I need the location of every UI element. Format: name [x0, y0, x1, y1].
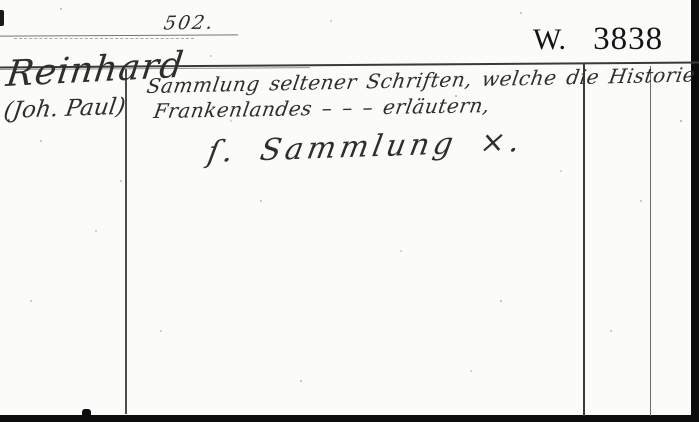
page-number-underline — [0, 34, 238, 36]
author-forenames: (Joh. Paul) — [2, 94, 127, 124]
scan-edge-mark — [0, 10, 4, 26]
column-divider-right-inner — [583, 64, 585, 416]
scan-edge-blob — [82, 409, 91, 416]
catalog-card-scan: 502. W. 3838 Reinhard (Joh. Paul) Sammlu… — [0, 0, 699, 422]
call-number: W. 3838 — [533, 21, 663, 58]
scan-noise-speckles — [0, 0, 2, 2]
call-number-letter: W. — [533, 23, 566, 57]
title-line-2: Frankenlandes – – – erläutern, — [152, 93, 492, 123]
column-divider-right-outer — [650, 66, 651, 416]
scan-edge-bottom — [0, 415, 699, 422]
column-divider-author — [125, 69, 127, 414]
page-number: 502. — [162, 12, 216, 35]
cross-reference: ſ. Sammlung ×. — [205, 124, 527, 170]
page-number-underline-faint — [14, 38, 194, 39]
call-number-value: 3838 — [593, 21, 663, 58]
